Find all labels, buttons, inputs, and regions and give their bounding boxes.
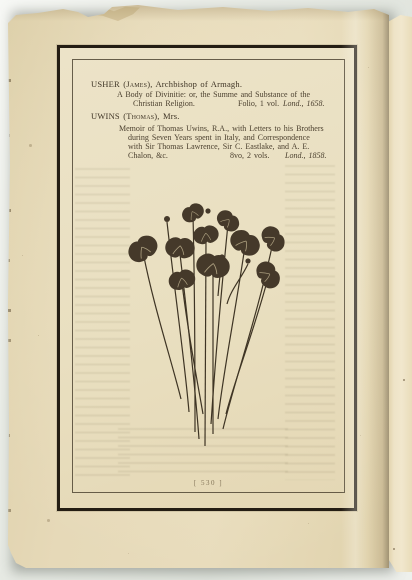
format-statement: 8vo, 2 vols. (230, 151, 269, 160)
foxing-specks (8, 5, 9, 6)
imprint: Lond., 1658. (283, 99, 324, 108)
outer-rule-border: USHER (James), Archbishop of Armagh. A B… (57, 45, 357, 511)
author-surname: UWINS (91, 111, 120, 121)
author-forename: (James), (123, 79, 152, 89)
foxing-speck (393, 548, 395, 550)
author-surname: USHER (91, 79, 120, 89)
entry-heading-usher: USHER (James), Archbishop of Armagh. (91, 80, 242, 89)
title-line: with Sir Thomas Lawrence, Sir C. Eastlak… (128, 142, 309, 151)
binding-hole (389, 185, 397, 194)
foxing-speck (403, 379, 405, 381)
deckle-edge-marks (9, 5, 10, 6)
author-title: Archbishop of Armagh. (155, 79, 242, 89)
book-fore-edge (386, 15, 412, 572)
author-forename: (Thomas), (123, 111, 159, 121)
binding-hole (388, 280, 396, 289)
imprint: Lond., 1858. (285, 151, 326, 160)
flower-engraving (123, 184, 298, 450)
format-statement: Folio, 1 vol. (238, 99, 279, 108)
entry-heading-uwins: UWINS (Thomas), Mrs. (91, 112, 180, 121)
title-line: Memoir of Thomas Uwins, R.A., with Lette… (119, 124, 324, 133)
title-line: A Body of Divinitie: or, the Summe and S… (117, 90, 310, 99)
inner-rule-border: USHER (James), Archbishop of Armagh. A B… (72, 59, 345, 493)
binding-hole (402, 188, 410, 197)
title-line-end: Christian Religion. (133, 99, 195, 108)
page-number: [ 530 ] (73, 479, 344, 487)
title-line: during Seven Years spent in Italy, and C… (128, 133, 310, 142)
title-line-end: Chalon, &c. (128, 151, 168, 160)
scanned-page: USHER (James), Archbishop of Armagh. A B… (8, 5, 389, 568)
binding-hole (401, 283, 409, 292)
author-title: Mrs. (163, 111, 180, 121)
